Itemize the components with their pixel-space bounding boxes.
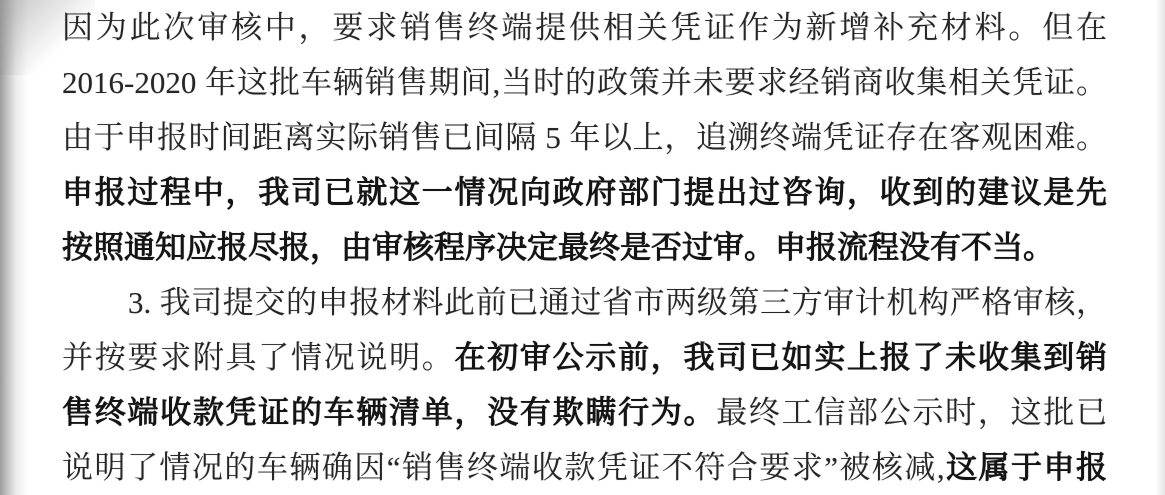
text-segment: 最终工信部公示时，这批已 xyxy=(716,395,1107,430)
scan-edge-right xyxy=(1155,0,1165,495)
text-line-2: 2016-2020 年这批车辆销售期间,当时的政策并未要求经销商收集相关凭证。 xyxy=(62,55,1107,110)
text-segment-bold: 售终端收款凭证的车辆清单，没有欺瞒行为。 xyxy=(62,395,716,430)
text-segment: 说明了情况的车辆确因“销售终端收款凭证不符合要求”被核减, xyxy=(62,450,945,485)
text-line-1: 因为此次审核中，要求销售终端提供相关凭证作为新增补充材料。但在 xyxy=(62,0,1107,55)
text-line-6: 3. 我司提交的申报材料此前已通过省市两级第三方审计机构严格审核， xyxy=(62,275,1107,330)
text-line-5: 按照通知应报尽报，由审核程序决定最终是否过审。申报流程没有不当。 xyxy=(62,220,1107,275)
text-line-8: 售终端收款凭证的车辆清单，没有欺瞒行为。最终工信部公示时，这批已 xyxy=(62,385,1107,440)
text-segment: 2016-2020 年这批车辆销售期间,当时的政策并未要求经销商收集相关凭证。 xyxy=(62,65,1107,100)
text-segment: 并按要求附具了情况说明。 xyxy=(62,340,455,375)
text-segment-bold: 这属于申报 xyxy=(945,450,1107,485)
text-segment-bold: 按照通知应报尽报，由审核程序决定最终是否过审。申报流程没有不当。 xyxy=(62,230,1054,265)
text-segment: 3. 我司提交的申报材料此前已通过省市两级第三方审计机构严格审核， xyxy=(128,285,1107,320)
text-line-9: 说明了情况的车辆确因“销售终端收款凭证不符合要求”被核减,这属于申报 xyxy=(62,440,1107,495)
text-line-4: 申报过程中，我司已就这一情况向政府部门提出过咨询，收到的建议是先 xyxy=(62,165,1107,220)
scan-edge-left xyxy=(0,0,30,495)
document-text-block: 因为此次审核中，要求销售终端提供相关凭证作为新增补充材料。但在 2016-202… xyxy=(62,0,1107,495)
text-segment: 由于申报时间距离实际销售已间隔 5 年以上，追溯终端凭证存在客观困难。 xyxy=(62,120,1107,155)
text-segment: 因为此次审核中，要求销售终端提供相关凭证作为新增补充材料。但在 xyxy=(62,10,1107,45)
scanned-document-page: 因为此次审核中，要求销售终端提供相关凭证作为新增补充材料。但在 2016-202… xyxy=(0,0,1165,495)
text-line-3: 由于申报时间距离实际销售已间隔 5 年以上，追溯终端凭证存在客观困难。 xyxy=(62,110,1107,165)
text-line-7: 并按要求附具了情况说明。在初审公示前，我司已如实上报了未收集到销 xyxy=(62,330,1107,385)
text-segment-bold: 在初审公示前，我司已如实上报了未收集到销 xyxy=(455,340,1107,375)
text-segment-bold: 申报过程中，我司已就这一情况向政府部门提出过咨询，收到的建议是先 xyxy=(62,175,1107,210)
